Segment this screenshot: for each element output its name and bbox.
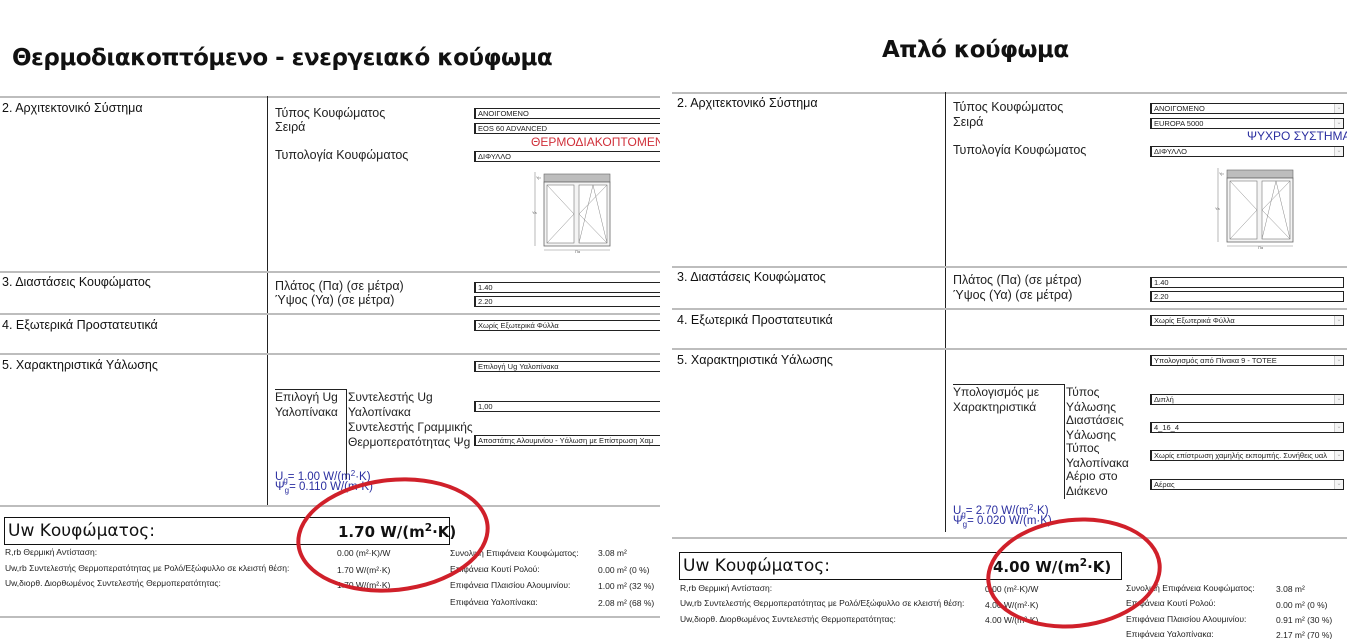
width-label: Πλάτος (Πα) (σε μέτρα): [275, 279, 404, 294]
result-label-2: Uw,διορθ. Διορθωμένος Συντελεστής Θερμοπ…: [5, 578, 221, 589]
result-value-2: 1.70 W/(m²·K): [337, 580, 390, 591]
chevron-down-icon: ⌄: [1334, 480, 1343, 489]
chevron-down-icon: ⌄: [1334, 451, 1343, 460]
ug-input[interactable]: 1,00: [474, 401, 660, 412]
uw-label: Uw Κουφώματος:: [8, 521, 155, 541]
uw-result-box: Uw Κουφώματος: 4.00 W/(m2·K): [679, 552, 1122, 580]
divider: [0, 616, 660, 618]
ug-field-label: Συντελεστής Ug Υαλοπίνακα: [348, 390, 468, 420]
typology-label: Τυπολογία Κουφώματος: [275, 148, 408, 163]
width-input[interactable]: 1.40: [474, 282, 660, 293]
svg-text:Ya: Ya: [1215, 206, 1220, 211]
psi-field-label: Συντελεστής Γραμμικής Θερμοπερατότητας Ψ…: [348, 420, 473, 450]
glazing-type-select[interactable]: Διπλή⌄: [1150, 394, 1344, 405]
section-dimensions: 3. Διαστάσεις Κουφώματος: [2, 275, 151, 289]
result-label-1: Uw,rb Συντελεστής Θερμοπερατότητας με Ρο…: [680, 598, 964, 609]
area-value-0: 3.08 m²: [1276, 584, 1305, 595]
area-label-1: Επιφάνεια Κουτί Ρολού:: [1126, 598, 1216, 609]
series-note: ΘΕΡΜΟΔΙΑΚΟΠΤΟΜΕΝ: [531, 135, 660, 149]
result-value-2: 4.00 W/(m²·K): [985, 615, 1038, 626]
series-label: Σειρά: [275, 120, 305, 135]
area-label-2: Επιφάνεια Πλαισίου Αλουμινίου:: [1126, 614, 1246, 625]
panel-title: Θερμοδιακοπτόμενο - ενεργειακό κούφωμα: [12, 45, 552, 71]
gap-gas-select[interactable]: Αέρας⌄: [1150, 479, 1344, 490]
svg-text:Yp: Yp: [536, 175, 541, 180]
section-dimensions: 3. Διαστάσεις Κουφώματος: [677, 270, 826, 284]
result-value-0: 0.00 (m²·K)/W: [985, 584, 1038, 595]
chevron-down-icon: ⌄: [1334, 119, 1343, 128]
chevron-down-icon: ⌄: [1334, 316, 1343, 325]
column-divider: [267, 96, 268, 506]
divider: [0, 96, 660, 98]
subtable-divider: [346, 389, 347, 479]
section-glazing: 5. Χαρακτηριστικά Υάλωσης: [2, 358, 158, 372]
double-sash-window-diagram-icon: Yp Ya Πα: [532, 170, 622, 254]
section-architectural-system: 2. Αρχιτεκτονικό Σύστημα: [2, 101, 143, 115]
frame-type-label: Τύπος Κουφώματος: [275, 106, 385, 121]
area-value-3: 2.08 m² (68 %): [598, 598, 654, 609]
pane-type-label: Τύπος Υαλοπίνακα: [1066, 441, 1146, 471]
typology-label: Τυπολογία Κουφώματος: [953, 143, 1086, 158]
area-value-2: 1.00 m² (32 %): [598, 581, 654, 592]
uw-label: Uw Κουφώματος:: [683, 556, 830, 576]
section-external-protection: 4. Εξωτερικά Προστατευτικά: [677, 313, 833, 327]
area-value-1: 0.00 m² (0 %): [1276, 600, 1328, 611]
glazing-method-select[interactable]: Υπολογισμός από Πίνακα 9 - ΤΟΤΕΕ⌄: [1150, 355, 1344, 366]
svg-text:Πα: Πα: [575, 249, 581, 254]
frame-type-label: Τύπος Κουφώματος: [953, 100, 1063, 115]
glazing-dimensions-label: Διαστάσεις Υάλωσης: [1066, 413, 1146, 443]
height-label: Ύψος (Υα) (σε μέτρα): [275, 293, 394, 308]
height-input[interactable]: 2.20: [474, 296, 660, 307]
result-label-2: Uw,διορθ. Διορθωμένος Συντελεστής Θερμοπ…: [680, 614, 896, 625]
typology-select[interactable]: ΔΙΦΥΛΛΟ⌄: [1150, 146, 1344, 157]
divider: [672, 308, 1347, 310]
glazing-method-label: Επιλογή Ug Υαλοπίνακα: [275, 390, 345, 420]
svg-text:Πα: Πα: [1258, 245, 1264, 250]
series-select[interactable]: EUROPA 5000⌄: [1150, 118, 1344, 129]
divider: [672, 537, 1347, 539]
uw-result-box: Uw Κουφώματος: 1.70 W/(m2·K): [4, 517, 450, 545]
divider: [672, 92, 1347, 94]
width-input[interactable]: 1.40: [1150, 277, 1344, 288]
area-label-3: Επιφάνεια Υαλοπίνακα:: [1126, 629, 1214, 639]
result-value-1: 1.70 W/(m²·K): [337, 565, 390, 576]
chevron-down-icon: ⌄: [1334, 395, 1343, 404]
series-note: ΨΥΧΡΟ ΣΥΣΤΗΜΑ: [1247, 129, 1347, 143]
result-value-1: 4.00 W/(m²·K): [985, 600, 1038, 611]
glazing-method-label: Υπολογισμός με Χαρακτηριστικά: [953, 385, 1063, 415]
chevron-down-icon: ⌄: [1334, 147, 1343, 156]
result-label-0: R,rb Θερμική Αντίσταση:: [680, 583, 772, 594]
glazing-type-label: Τύπος Υάλωσης: [1066, 385, 1146, 415]
area-label-3: Επιφάνεια Υαλοπίνακα:: [450, 597, 538, 608]
panel-simple-frame: Απλό κούφωμα 2. Αρχιτεκτονικό Σύστημα Τύ…: [672, 0, 1347, 639]
divider: [672, 348, 1347, 350]
svg-text:Ya: Ya: [532, 210, 537, 215]
area-value-0: 3.08 m²: [598, 548, 627, 559]
section-glazing: 5. Χαρακτηριστικά Υάλωσης: [677, 353, 833, 367]
section-architectural-system: 2. Αρχιτεκτονικό Σύστημα: [677, 96, 818, 110]
chevron-down-icon: ⌄: [1334, 356, 1343, 365]
height-label: Ύψος (Υα) (σε μέτρα): [953, 288, 1072, 303]
frame-type-select[interactable]: ΑΝΟΙΓΟΜΕΝΟ: [474, 108, 660, 119]
result-value-0: 0.00 (m²·K)/W: [337, 548, 390, 559]
glazing-method-select[interactable]: Επιλογή Ug Υαλοπίνακα: [474, 361, 660, 372]
chevron-down-icon: ⌄: [1334, 104, 1343, 113]
height-input[interactable]: 2.20: [1150, 291, 1344, 302]
divider: [0, 313, 660, 315]
area-value-1: 0.00 m² (0 %): [598, 565, 650, 576]
area-value-3: 2.17 m² (70 %): [1276, 630, 1332, 639]
pane-type-select[interactable]: Χωρίς επίστρωση χαμηλής εκπομπής. Συνήθε…: [1150, 450, 1344, 461]
section-external-protection: 4. Εξωτερικά Προστατευτικά: [2, 318, 158, 332]
area-label-2: Επιφάνεια Πλαισίου Αλουμινίου:: [450, 580, 570, 591]
psi-select[interactable]: Αποστάτης Αλουμινίου - Υάλωση με Επίστρω…: [474, 435, 660, 446]
double-sash-window-diagram-icon: Yp Ya Πα: [1215, 166, 1305, 250]
gap-gas-label: Αέριο στο Διάκενο: [1066, 469, 1146, 499]
width-label: Πλάτος (Πα) (σε μέτρα): [953, 273, 1082, 288]
divider: [672, 266, 1347, 268]
external-protection-select[interactable]: Χωρίς Εξωτερικά Φύλλα: [474, 320, 660, 331]
result-label-0: R,rb Θερμική Αντίσταση:: [5, 547, 97, 558]
divider: [0, 271, 660, 273]
panel-title: Απλό κούφωμα: [882, 37, 1069, 63]
external-protection-select[interactable]: Χωρίς Εξωτερικά Φύλλα⌄: [1150, 315, 1344, 326]
typology-select[interactable]: ΔΙΦΥΛΛΟ: [474, 151, 660, 162]
psi-result: Ψg= 0.110 W/(m·K): [275, 481, 373, 497]
uw-value: 4.00 W/(m2·K): [993, 558, 1111, 576]
series-label: Σειρά: [953, 115, 983, 130]
glazing-dimensions-select[interactable]: 4_16_4⌄: [1150, 422, 1344, 433]
result-label-1: Uw,rb Συντελεστής Θερμοπερατότητας με Ρο…: [5, 563, 289, 574]
frame-type-select[interactable]: ΑΝΟΙΓΟΜΕΝΟ⌄: [1150, 103, 1344, 114]
area-label-0: Συνολική Επιφάνεια Κουφώματος:: [1126, 583, 1255, 594]
divider: [0, 505, 660, 507]
area-value-2: 0.91 m² (30 %): [1276, 615, 1332, 626]
svg-text:Yp: Yp: [1219, 171, 1224, 176]
area-label-0: Συνολική Επιφάνεια Κουφώματος:: [450, 548, 579, 559]
chevron-down-icon: ⌄: [1334, 423, 1343, 432]
psi-result: Ψg= 0.020 W/(m·K): [953, 515, 1052, 531]
divider: [0, 353, 660, 355]
series-select[interactable]: EOS 60 ADVANCED: [474, 123, 660, 134]
subtable-divider: [1064, 384, 1065, 499]
area-label-1: Επιφάνεια Κουτί Ρολού:: [450, 564, 540, 575]
uw-value: 1.70 W/(m2·K): [338, 523, 456, 541]
panel-thermal-break-frame: Θερμοδιακοπτόμενο - ενεργειακό κούφωμα 2…: [0, 0, 660, 639]
column-divider: [945, 92, 946, 532]
